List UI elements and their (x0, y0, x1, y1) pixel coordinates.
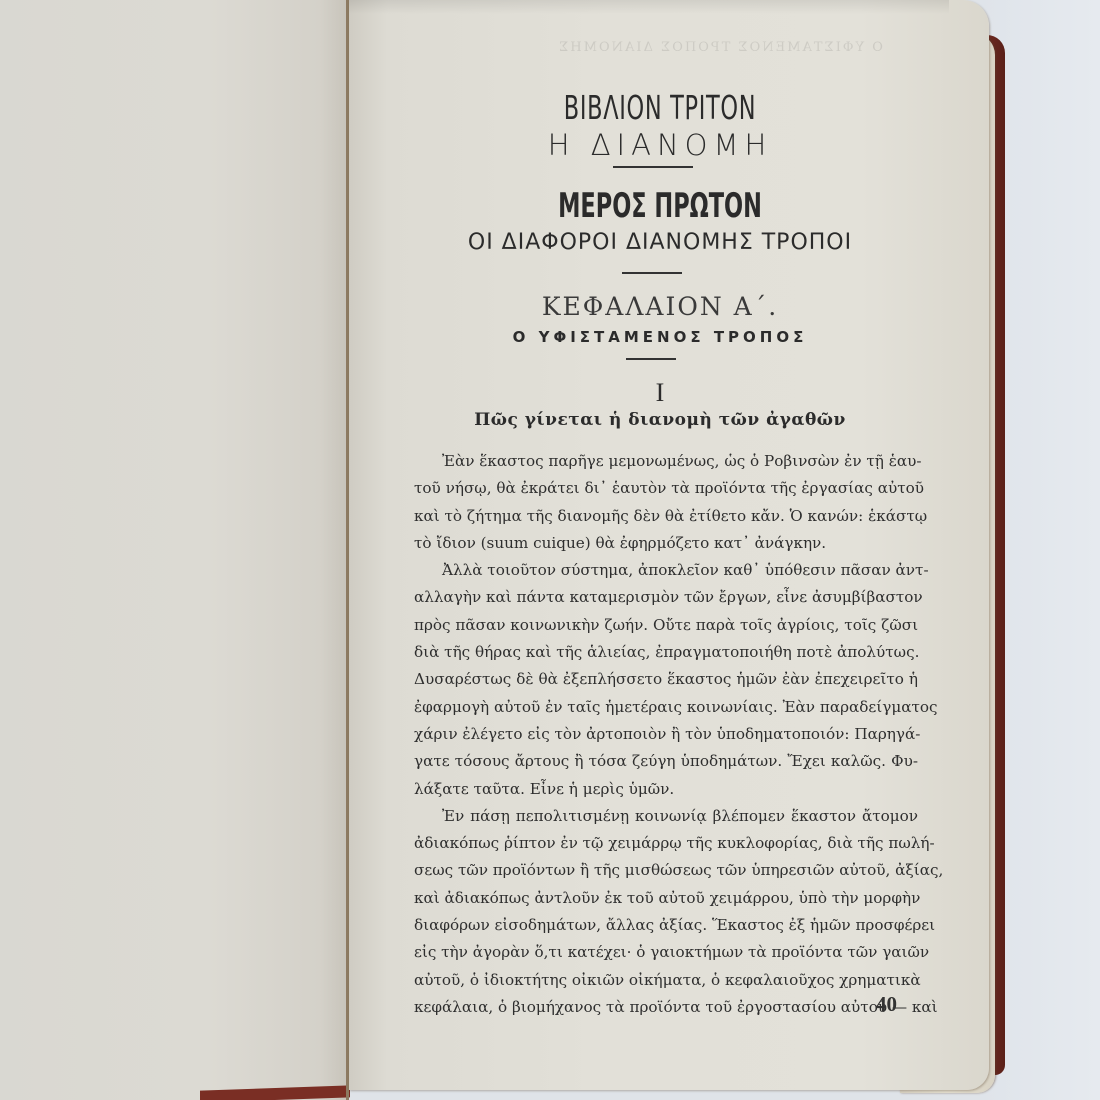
book-title: ΒΙΒΛΙΟΝ ΤΡΙΤΟΝ (483, 88, 837, 127)
text-line: εἰς τὴν ἀγορὰν ὅ,τι κατέχει· ὁ γαιοκτήμω… (414, 939, 918, 966)
text-line: σεως τῶν προϊόντων ἢ τῆς μισθώσεως τῶν ὑ… (414, 857, 918, 884)
page-shadow (349, 0, 949, 14)
text-line: πρὸς πᾶσαν κοινωνικὴν ζωήν. Οὔτε παρὰ το… (414, 612, 918, 639)
page-number: 40 (876, 992, 897, 1017)
chapter-title: ΚΕΦΑΛΑΙΟΝ Α΄. (400, 292, 920, 321)
text-line: καὶ ἀδιακόπως ἀντλοῦν ἐκ τοῦ αὐτοῦ χειμά… (414, 885, 918, 912)
text-line: Ἐν πάσῃ πεπολιτισμένῃ κοινωνίᾳ βλέπομεν … (414, 803, 918, 830)
body-text: Ἐὰν ἕκαστος παρῆγε μεμονωμένως, ὡς ὁ Ροβ… (414, 448, 918, 1021)
part-subtitle: ΟΙ ΔΙΑΦΟΡΟΙ ΔΙΑΝΟΜΗΣ ΤΡΟΠΟΙ (400, 230, 920, 255)
text-line: Ἐὰν ἕκαστος παρῆγε μεμονωμένως, ὡς ὁ Ροβ… (414, 448, 918, 475)
left-page (0, 0, 348, 1100)
text-line: αὐτοῦ, ὁ ἰδιοκτήτης οἰκιῶν οἰκήματα, ὁ κ… (414, 967, 918, 994)
book-subtitle: Η ΔΙΑΝΟΜΗ (400, 128, 920, 162)
text-line: χάριν ἐλέγετο εἰς τὸν ἀρτοποιὸν ἢ τὸν ὑπ… (414, 721, 918, 748)
section-heading: Πῶς γίνεται ἡ διανομὴ τῶν ἀγαθῶν (400, 410, 920, 430)
bleed-through-header: Ο ΥΦΙΣΤΑΜΕΝΟΣ ΤΡΟΠΟΣ ΔΙΑΝΟΜΗΣ (520, 40, 920, 55)
text-line: τὸ ἴδιον (suum cuique) θὰ ἐφηρμόζετο κατ… (414, 530, 918, 557)
divider-rule (622, 272, 682, 274)
text-line: ἐφαρμογὴ αὐτοῦ ἐν ταῖς ἡμετέραις κοινωνί… (414, 694, 918, 721)
part-title: ΜΕΡΟΣ ΠΡΩΤΟΝ (488, 186, 831, 226)
text-line: Δυσαρέστως δὲ θὰ ἐξεπλήσσετο ἕκαστος ἡμῶ… (414, 666, 918, 693)
text-line: Ἀλλὰ τοιοῦτον σύστημα, ἀποκλεῖον καθ᾽ ὑπ… (414, 557, 918, 584)
text-line: αλλαγὴν καὶ πάντα καταμερισμὸν τῶν ἔργων… (414, 584, 918, 611)
section-number: I (400, 378, 920, 408)
text-line: κεφάλαια, ὁ βιομήχανος τὰ προϊόντα τοῦ ἐ… (414, 994, 918, 1021)
text-line: τοῦ νήσῳ, θὰ ἐκράτει δι᾽ ἑαυτὸν τὰ προϊό… (414, 475, 918, 502)
text-line: ἀδιακόπως ῥίπτον ἐν τῷ χειμάρρῳ τῆς κυκλ… (414, 830, 918, 857)
text-line: γατε τόσους ἄρτους ἢ τόσα ζεύγη ὑποδημάτ… (414, 748, 918, 775)
text-line: διὰ τῆς θήρας καὶ τῆς ἁλιείας, ἐπραγματο… (414, 639, 918, 666)
text-line: λάξατε ταῦτα. Εἶνε ἡ μερὶς ὑμῶν. (414, 776, 918, 803)
divider-rule (613, 166, 693, 168)
text-line: καὶ τὸ ζήτημα τῆς διανομῆς δὲν θὰ ἐτίθετ… (414, 503, 918, 530)
divider-rule (626, 358, 676, 360)
text-line: διαφόρων εἰσοδημάτων, ἄλλας ἀξίας. Ἕκαστ… (414, 912, 918, 939)
chapter-subtitle: Ο ΥΦΙΣΤΑΜΕΝΟΣ ΤΡΟΠΟΣ (400, 328, 920, 346)
